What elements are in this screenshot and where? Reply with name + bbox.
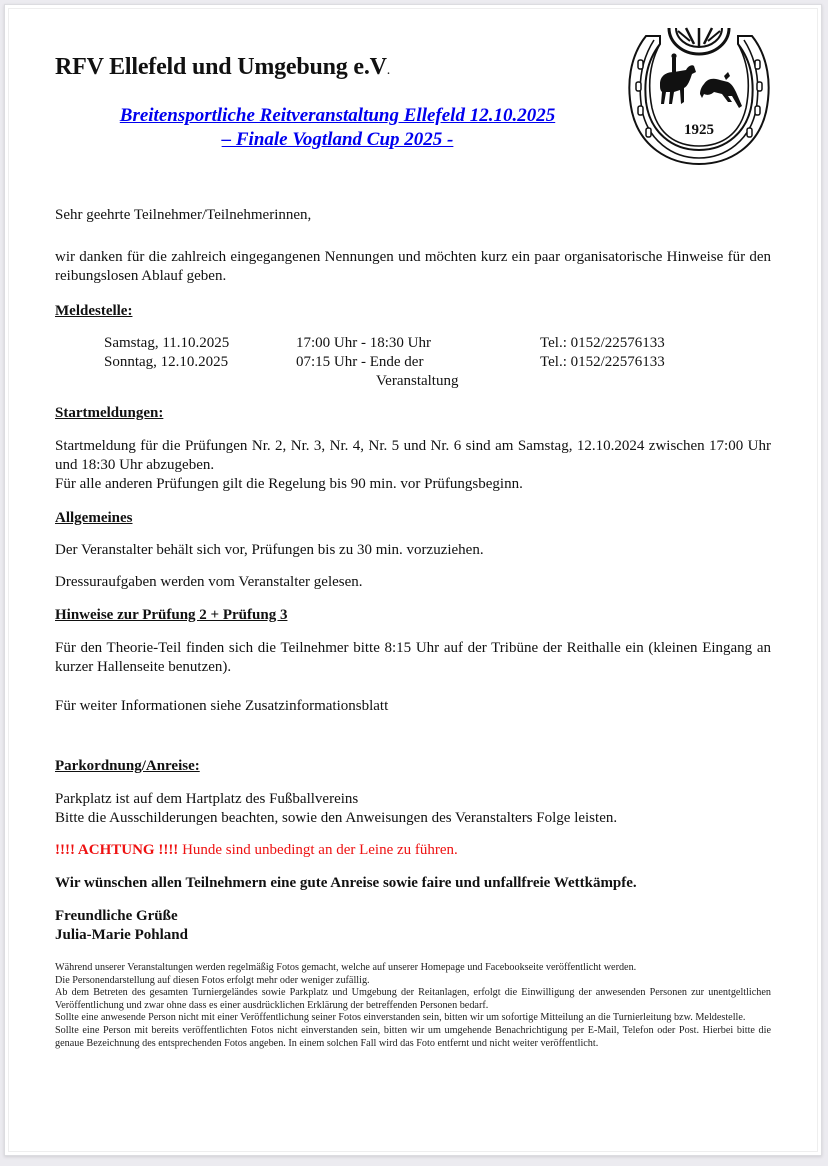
meldestelle-time-2: 07:15 Uhr - Ende der (296, 353, 423, 372)
intro-paragraph: wir danken für die zahlreich eingegangen… (55, 248, 771, 286)
parkordnung-line-1: Parkplatz ist auf dem Hartplatz des Fußb… (55, 790, 771, 809)
parkordnung-line-2: Bitte die Ausschilderungen beachten, sow… (55, 809, 771, 828)
disclaimer-line-2: Die Personendarstellung auf diesen Fotos… (55, 975, 771, 988)
event-title-line-1[interactable]: Breitensportliche Reitveranstaltung Elle… (55, 104, 620, 128)
allgemeines-para-2: Dressuraufgaben werden vom Veranstalter … (55, 573, 771, 592)
allgemeines-heading: Allgemeines (55, 509, 132, 528)
startmeldungen-text: Startmeldung für die Prüfungen Nr. 2, Nr… (55, 437, 771, 475)
disclaimer-line-5: Sollte eine Person mit bereits veröffent… (55, 1025, 771, 1050)
hinweise-para-1: Für den Theorie-Teil finden sich die Tei… (55, 639, 771, 677)
closing-regards: Freundliche Grüße (55, 907, 771, 926)
event-title-link[interactable]: Breitensportliche Reitveranstaltung Elle… (55, 104, 620, 152)
allgemeines-para-1: Der Veranstalter behält sich vor, Prüfun… (55, 541, 771, 560)
meldestelle-heading: Meldestelle: (55, 302, 132, 321)
dog-warning-label: !!!! ACHTUNG !!!! (55, 842, 178, 858)
dog-warning: !!!! ACHTUNG !!!! Hunde sind unbedingt a… (55, 841, 771, 860)
meldestelle-time-1: 17:00 Uhr - 18:30 Uhr (296, 334, 431, 353)
dog-warning-text: Hunde sind unbedingt an der Leine zu füh… (178, 842, 458, 858)
parkordnung-heading: Parkordnung/Anreise: (55, 757, 200, 776)
hinweise-heading: Hinweise zur Prüfung 2 + Prüfung 3 (55, 606, 287, 625)
meldestelle-phone-1: Tel.: 0152/22576133 (540, 334, 665, 353)
event-title-line-2[interactable]: – Finale Vogtland Cup 2025 - (55, 128, 620, 152)
logo-year: 1925 (684, 122, 714, 138)
organization-title-suffix: . (387, 63, 390, 78)
organization-title: RFV Ellefeld und Umgebung e.V. (55, 54, 390, 81)
hinweise-para-2: Für weiter Informationen siehe Zusatzinf… (55, 697, 771, 716)
disclaimer-line-4: Sollte eine anwesende Person nicht mit e… (55, 1012, 771, 1025)
horseshoe-logo-icon: 1925 (624, 22, 774, 170)
signature-name: Julia-Marie Pohland (55, 926, 771, 945)
photo-disclaimer: Während unserer Veranstaltungen werden r… (55, 962, 771, 1050)
meldestelle-time-2-cont: Veranstaltung (376, 372, 458, 391)
organization-name: RFV Ellefeld und Umgebung e.V (55, 54, 387, 80)
greeting: Sehr geehrte Teilnehmer/Teilnehmerinnen, (55, 206, 771, 225)
closing-wish: Wir wünschen allen Teilnehmern eine gute… (55, 874, 771, 893)
disclaimer-line-1: Während unserer Veranstaltungen werden r… (55, 962, 771, 975)
disclaimer-line-3: Ab dem Betreten des gesamten Turniergelä… (55, 987, 771, 1012)
startmeldungen-rule: Für alle anderen Prüfungen gilt die Rege… (55, 475, 771, 494)
meldestelle-day-1: Samstag, 11.10.2025 (104, 334, 229, 353)
meldestelle-phone-2: Tel.: 0152/22576133 (540, 353, 665, 372)
meldestelle-day-2: Sonntag, 12.10.2025 (104, 353, 228, 372)
startmeldungen-heading: Startmeldungen: (55, 404, 163, 423)
